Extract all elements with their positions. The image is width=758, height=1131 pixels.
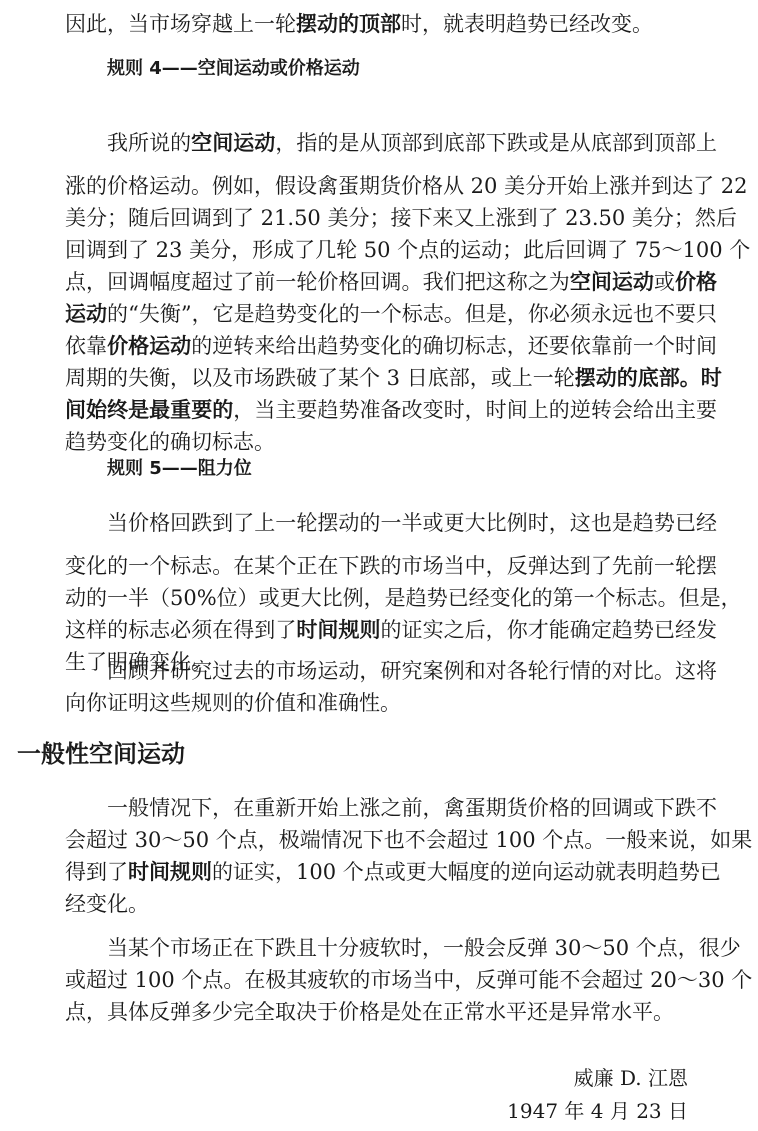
text-line: 变化的一个标志。在某个正在下跌的市场当中，反弹达到了先前一轮摆	[65, 552, 717, 580]
text-line: 我所说的空间运动，指的是从顶部到底部下跌或是从底部到顶部上	[107, 129, 717, 157]
text-line: 因此，当市场穿越上一轮摆动的顶部时，就表明趋势已经改变。	[65, 10, 717, 38]
text-line: 周期的失衡，以及市场跌破了某个 3 日底部，或上一轮摆动的底部。时	[65, 364, 717, 392]
text-line: 点，回调幅度超过了前一轮价格回调。我们把这称之为空间运动或价格	[65, 268, 717, 296]
text-run: 经变化。	[65, 892, 149, 916]
text-run: 点，回调幅度超过了前一轮价格回调。我们把这称之为	[65, 270, 570, 294]
text-run: 动的一半（50%位）或更大比例，是趋势已经变化的第一个标志。但是，	[65, 586, 742, 610]
bold-term: 时间规则	[128, 860, 212, 884]
text-line: 当某个市场正在下跌且十分疲软时，一般会反弹 30～50 个点，很少	[107, 934, 717, 962]
text-line: 这样的标志必须在得到了时间规则的证实之后，你才能确定趋势已经发	[65, 616, 717, 644]
text-line: 运动的“失衡”，它是趋势变化的一个标志。但是，你必须永远也不要只	[65, 300, 717, 328]
bold-term: 摆动的顶部	[296, 12, 401, 36]
text-run: 这样的标志必须在得到了	[65, 618, 296, 642]
text-run: 向你证明这些规则的价值和准确性。	[65, 691, 401, 715]
text-run: 当价格回跌到了上一轮摆动的一半或更大比例时，这也是趋势已经	[107, 511, 717, 535]
text-line: 经变化。	[65, 890, 717, 918]
text-line: 点，具体反弹多少完全取决于价格是处在正常水平还是异常水平。	[65, 998, 717, 1026]
text-line: 美分；随后回调到了 21.50 美分；接下来又上涨到了 23.50 美分；然后	[65, 204, 717, 232]
text-line: 会超过 30～50 个点，极端情况下也不会超过 100 个点。一般来说，如果	[65, 826, 717, 854]
rule-4-title: 规则 4——空间运动或价格运动	[107, 56, 360, 82]
text-run: 我所说的	[107, 131, 191, 155]
text-line: 当价格回跌到了上一轮摆动的一半或更大比例时，这也是趋势已经	[107, 509, 717, 537]
signature-author: 威廉 D. 江恩	[574, 1064, 688, 1092]
bold-term: 摆动的底部。时	[575, 366, 722, 390]
text-run: 当某个市场正在下跌且十分疲软时，一般会反弹 30～50 个点，很少	[107, 936, 741, 960]
text-run: 回顾并研究过去的市场运动，研究案例和对各轮行情的对比。这将	[107, 659, 717, 683]
text-line: 涨的价格运动。例如，假设禽蛋期货价格从 20 美分开始上涨并到达了 22	[65, 172, 717, 200]
text-run: 因此，当市场穿越上一轮	[65, 12, 296, 36]
text-run: 依靠	[65, 334, 107, 358]
text-run: ，当主要趋势准备改变时，时间上的逆转会给出主要	[233, 398, 717, 422]
bold-term: 运动	[65, 302, 107, 326]
text-run: 会超过 30～50 个点，极端情况下也不会超过 100 个点。一般来说，如果	[65, 828, 752, 852]
bold-term: 空间运动	[570, 270, 654, 294]
text-run: 变化的一个标志。在某个正在下跌的市场当中，反弹达到了先前一轮摆	[65, 554, 717, 578]
text-line: 依靠价格运动的逆转来给出趋势变化的确切标志，还要依靠前一个时间	[65, 332, 717, 360]
text-run: 周期的失衡，以及市场跌破了某个 3 日底部，或上一轮	[65, 366, 575, 390]
bold-term: 价格运动	[107, 334, 191, 358]
text-line: 或超过 100 个点。在极其疲软的市场当中，反弹可能不会超过 20～30 个	[65, 966, 717, 994]
text-run: 的证实，100 个点或更大幅度的逆向运动就表明趋势已	[212, 860, 721, 884]
rule-5-title: 规则 5——阻力位	[107, 456, 252, 482]
text-run: 涨的价格运动。例如，假设禽蛋期货价格从 20 美分开始上涨并到达了 22	[65, 174, 747, 198]
text-line: 回顾并研究过去的市场运动，研究案例和对各轮行情的对比。这将	[107, 657, 717, 685]
text-run: 点，具体反弹多少完全取决于价格是处在正常水平还是异常水平。	[65, 1000, 674, 1024]
section-heading: 一般性空间运动	[17, 738, 185, 770]
text-run: 的证实之后，你才能确定趋势已经发	[381, 618, 718, 642]
text-run: 美分；随后回调到了 21.50 美分；接下来又上涨到了 23.50 美分；然后	[65, 206, 737, 230]
text-line: 一般情况下，在重新开始上涨之前，禽蛋期货价格的回调或下跌不	[107, 794, 717, 822]
bold-term: 时间规则	[296, 618, 380, 642]
text-run: 趋势变化的确切标志。	[65, 430, 275, 454]
text-run: 的逆转来给出趋势变化的确切标志，还要依靠前一个时间	[191, 334, 717, 358]
bold-term: 价格	[675, 270, 717, 294]
text-line: 向你证明这些规则的价值和准确性。	[65, 689, 717, 717]
text-run: 或超过 100 个点。在极其疲软的市场当中，反弹可能不会超过 20～30 个	[65, 968, 752, 992]
text-line: 回调到了 23 美分，形成了几轮 50 个点的运动；此后回调了 75～100 个	[65, 236, 717, 264]
book-page: 因此，当市场穿越上一轮摆动的顶部时，就表明趋势已经改变。我所说的空间运动，指的是…	[0, 0, 758, 1131]
text-line: 得到了时间规则的证实，100 个点或更大幅度的逆向运动就表明趋势已	[65, 858, 717, 886]
text-run: 或	[654, 270, 675, 294]
bold-term: 间始终是最重要的	[65, 398, 233, 422]
text-run: 一般情况下，在重新开始上涨之前，禽蛋期货价格的回调或下跌不	[107, 796, 717, 820]
text-line: 动的一半（50%位）或更大比例，是趋势已经变化的第一个标志。但是，	[65, 584, 717, 612]
signature-date: 1947 年 4 月 23 日	[507, 1097, 688, 1125]
text-run: 的“失衡”，它是趋势变化的一个标志。但是，你必须永远也不要只	[107, 302, 717, 326]
text-line: 间始终是最重要的，当主要趋势准备改变时，时间上的逆转会给出主要	[65, 396, 717, 424]
text-run: 回调到了 23 美分，形成了几轮 50 个点的运动；此后回调了 75～100 个	[65, 238, 750, 262]
text-run: 时，就表明趋势已经改变。	[401, 12, 653, 36]
text-run: ，指的是从顶部到底部下跌或是从底部到顶部上	[275, 131, 717, 155]
text-line: 趋势变化的确切标志。	[65, 428, 717, 456]
bold-term: 空间运动	[191, 131, 275, 155]
text-run: 得到了	[65, 860, 128, 884]
